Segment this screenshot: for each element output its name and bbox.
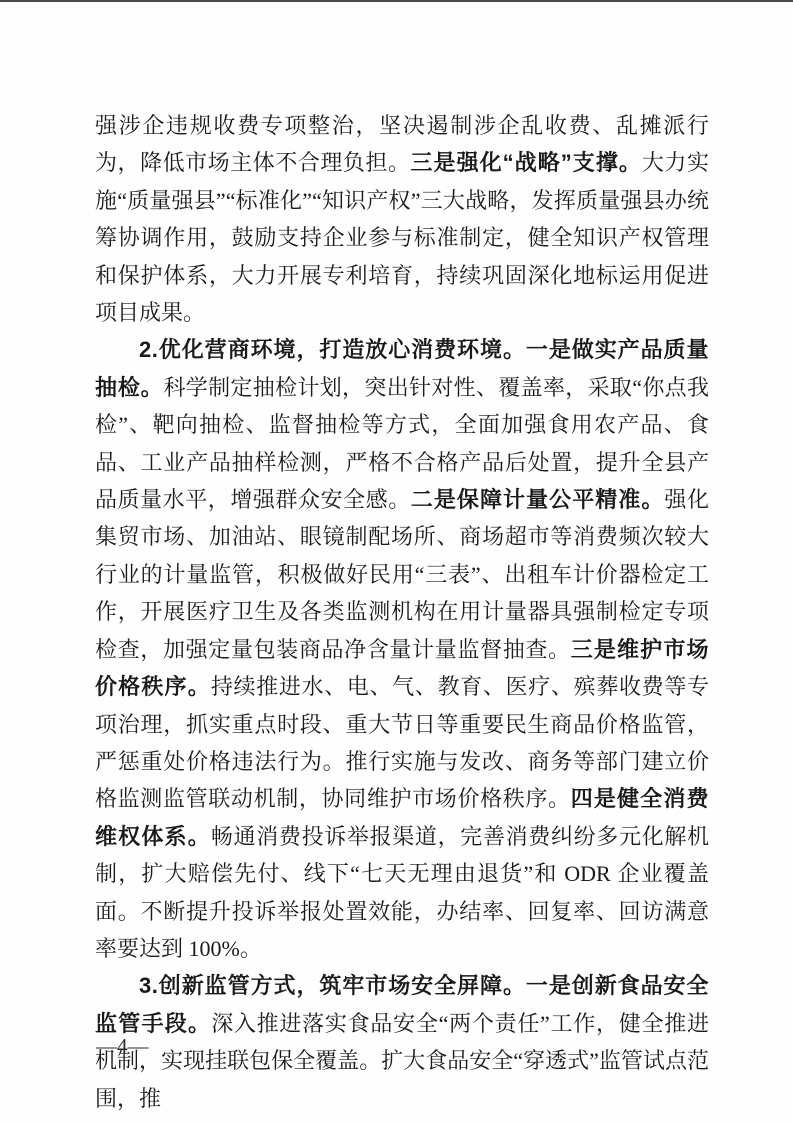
paragraph-continuation: 强涉企违规收费专项整治，坚决遏制涉企乱收费、乱摊派行为，降低市场主体不合理负担。…: [95, 107, 709, 331]
body-text: 强化集贸市场、加油站、眼镜制配场所、商场超市等消费频次较大行业的计量监管，积极做…: [95, 487, 709, 662]
paragraph-3-regulation-innovation: 3.创新监管方式，筑牢市场安全屏障。一是创新食品安全监管手段。深入推进落实食品安…: [95, 967, 709, 1117]
inline-heading-strategy-support: 三是强化“战略”支撑。: [411, 150, 642, 175]
document-page: 强涉企违规收费专项整治，坚决遏制涉企乱收费、乱摊派行为，降低市场主体不合理负担。…: [0, 0, 793, 1122]
inline-heading-metrology: 二是保障计量公平精准。: [411, 487, 665, 512]
scan-artifact-line: [0, 0, 793, 2]
body-text: 大力实施“质量强县”“标准化”“知识产权”三大战略，发挥质量强县办统筹协调作用，…: [95, 150, 709, 325]
page-number: —4—: [96, 1034, 149, 1059]
paragraph-2-business-environment: 2.优化营商环境，打造放心消费环境。一是做实产品质量抽检。科学制定抽检计划，突出…: [95, 331, 709, 967]
document-body: 强涉企违规收费专项整治，坚决遏制涉企乱收费、乱摊派行为，降低市场主体不合理负担。…: [95, 107, 709, 1117]
